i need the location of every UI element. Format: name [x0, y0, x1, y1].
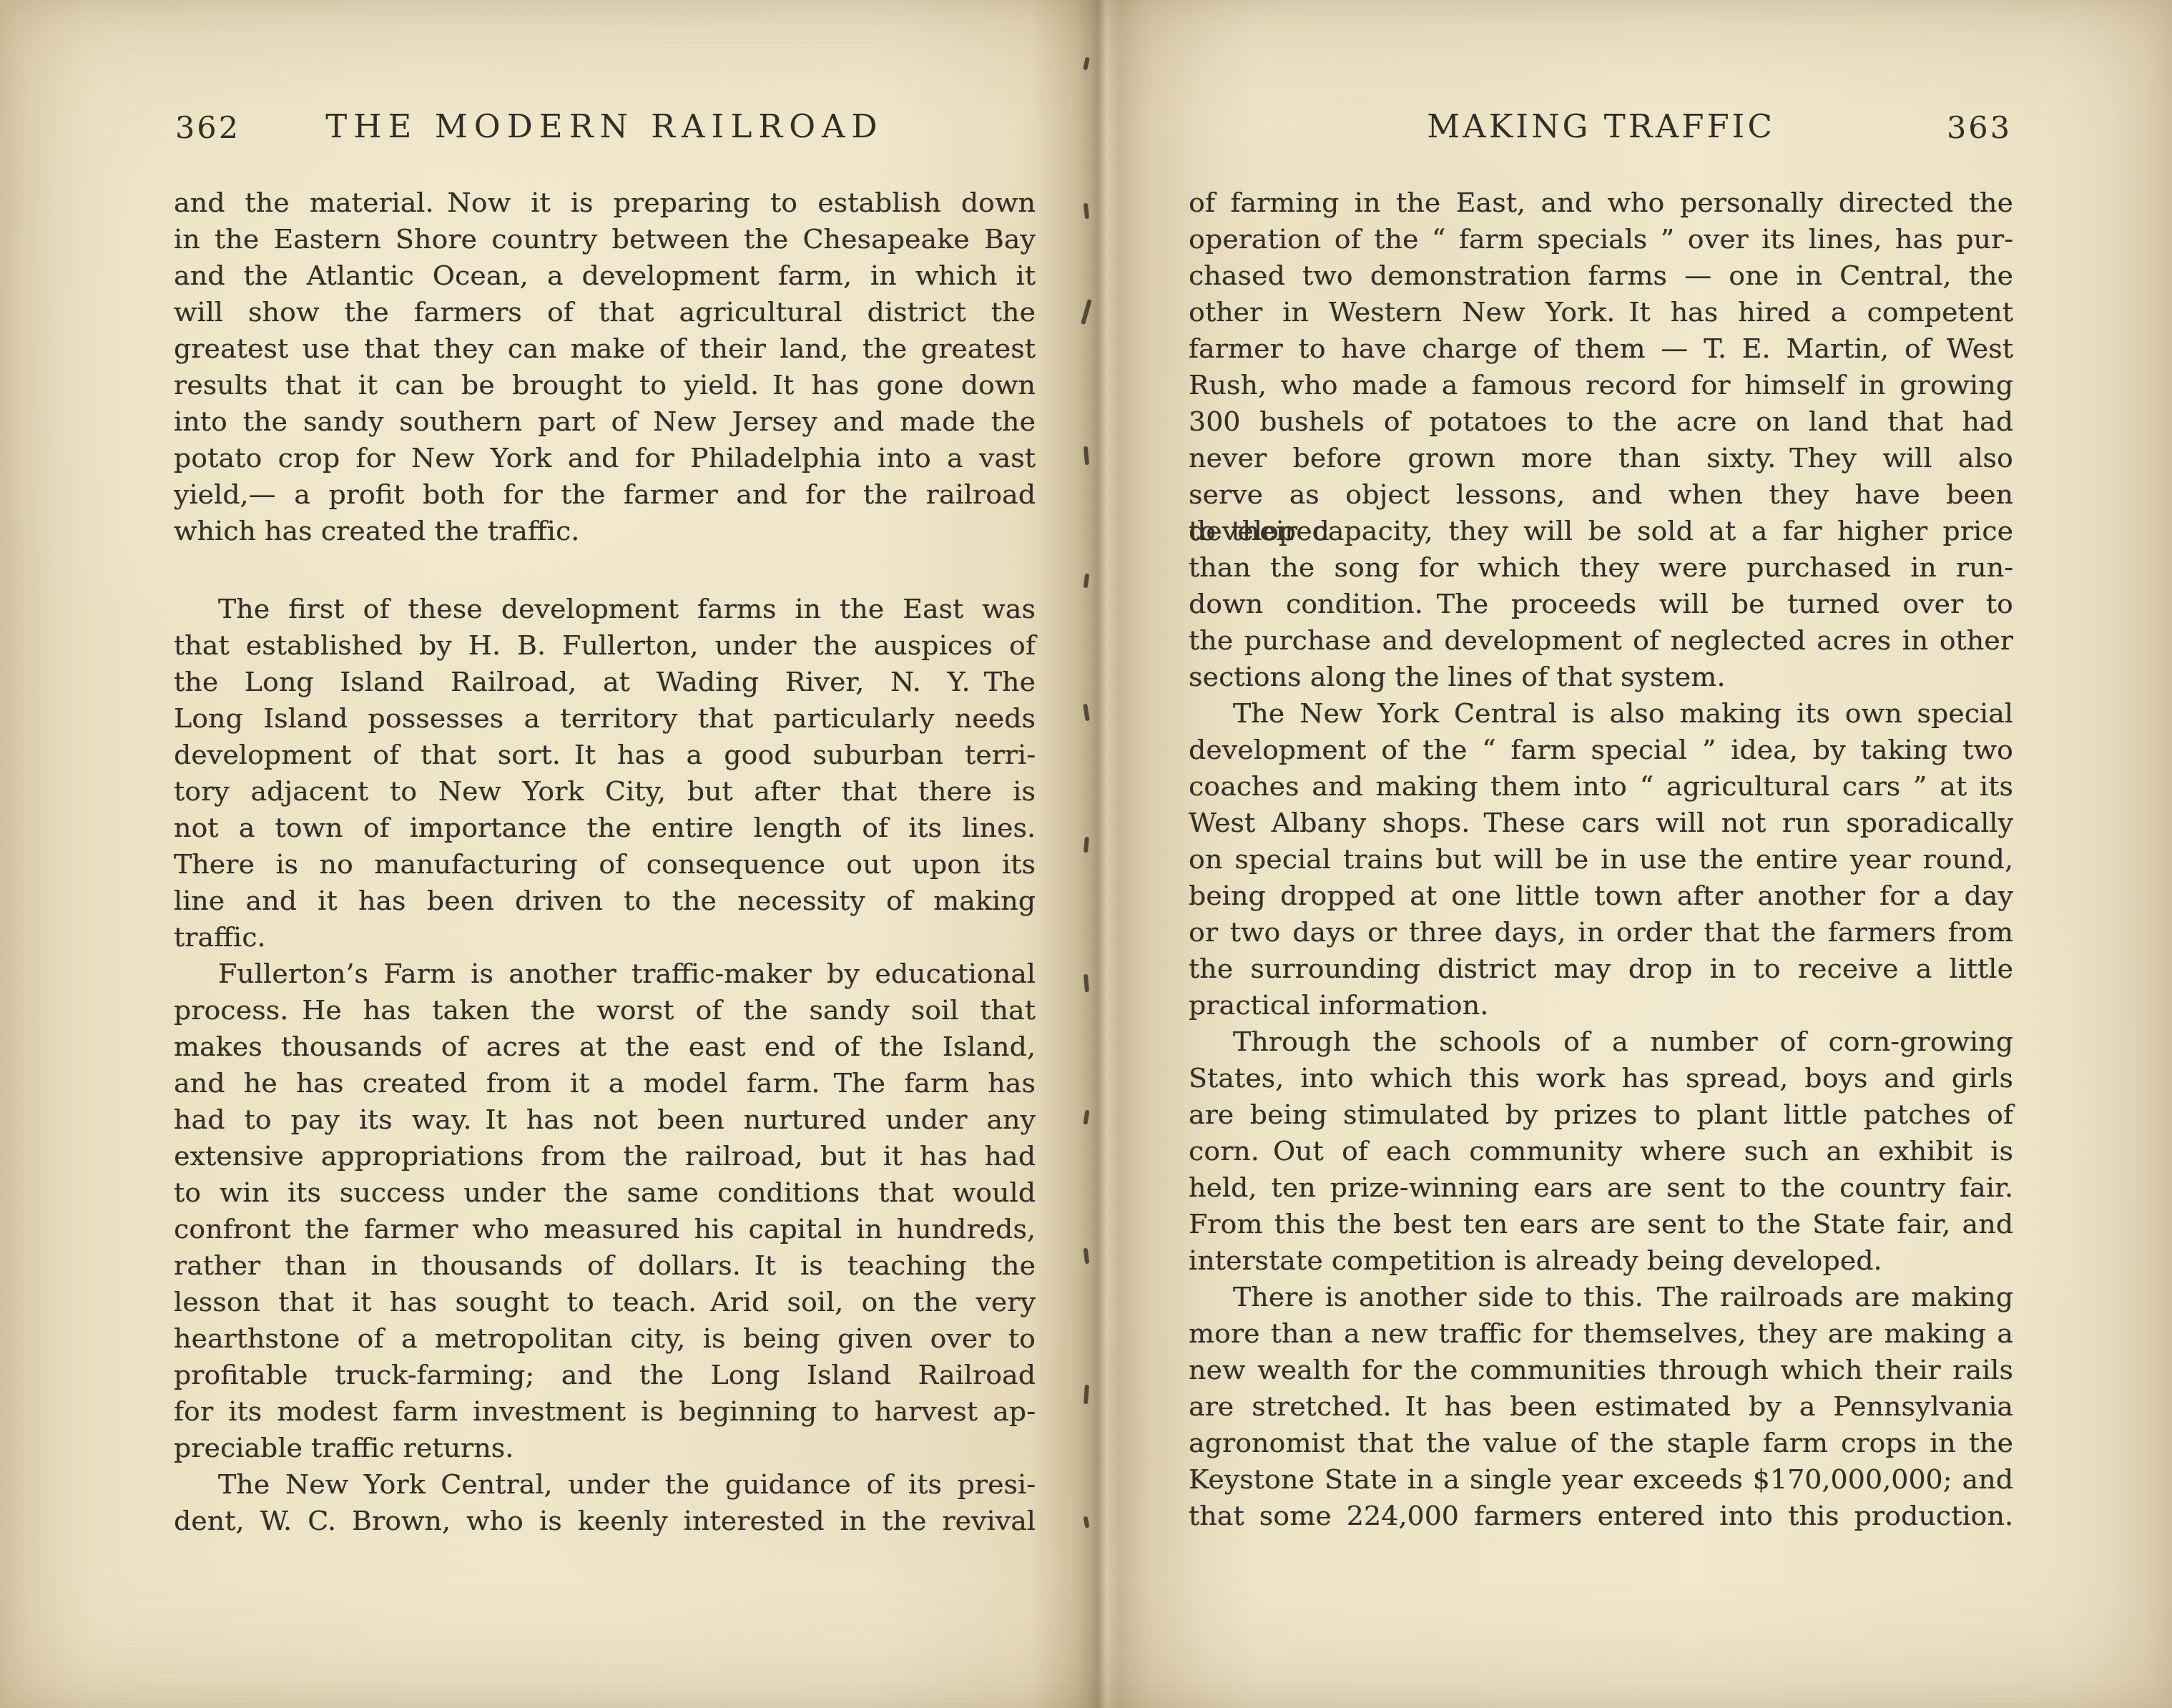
text-line: coaches and making them into “ agricultu… [1189, 768, 2013, 805]
text-line: agronomist that the value of the staple … [1189, 1425, 2013, 1461]
paragraph: Through the schools of a number of corn-… [1189, 1024, 2013, 1279]
text-line: traffic. [174, 919, 1036, 956]
text-line: being dropped at one little town after a… [1189, 878, 2013, 914]
page-body: of farming in the East, and who personal… [1189, 185, 2013, 1534]
text-line: line and it has been driven to the neces… [174, 883, 1036, 919]
text-line: serve as object lessons, and when they h… [1189, 476, 2013, 513]
paragraph: There is another side to this. The railr… [1189, 1279, 2013, 1534]
text-line: to win its success under the same condit… [174, 1174, 1036, 1211]
text-line: Fullerton’s Farm is another traffic-make… [174, 956, 1036, 992]
text-line: the surrounding district may drop in to … [1189, 951, 2013, 987]
running-title: THE MODERN RAILROAD [174, 106, 1036, 147]
text-line: profitable truck-farming; and the Long I… [174, 1357, 1036, 1393]
left-page-header: 362 THE MODERN RAILROAD [174, 106, 1036, 150]
text-line: down condition. The proceeds will be tur… [1189, 586, 2013, 622]
text-line: for its modest farm investment is beginn… [174, 1393, 1036, 1430]
text-line: rather than in thousands of dollars. It … [174, 1247, 1036, 1284]
text-line: The first of these development farms in … [174, 591, 1036, 627]
page-body: and the material. Now it is preparing to… [174, 185, 1036, 1539]
paragraph: The New York Central, under the guidance… [174, 1466, 1036, 1539]
text-line: potato crop for New York and for Philade… [174, 440, 1036, 476]
text-line: Long Island possesses a territory that p… [174, 700, 1036, 737]
text-line: The New York Central is also making its … [1189, 695, 2013, 732]
text-line: Rush, who made a famous record for himse… [1189, 367, 2013, 403]
text-line: the Long Island Railroad, at Wading Rive… [174, 664, 1036, 700]
text-line: makes thousands of acres at the east end… [174, 1029, 1036, 1065]
text-line: From this the best ten ears are sent to … [1189, 1206, 2013, 1242]
book-gutter [1023, 0, 1209, 1708]
paragraph: of farming in the East, and who personal… [1189, 185, 2013, 695]
text-line: sections along the lines of that system. [1189, 659, 2013, 695]
text-line: West Albany shops. These cars will not r… [1189, 805, 2013, 841]
text-line: the purchase and development of neglecte… [1189, 622, 2013, 659]
text-line: dent, W. C. Brown, who is keenly interes… [174, 1503, 1036, 1539]
left-page: 362 THE MODERN RAILROAD and the material… [174, 106, 1036, 1539]
text-line: had to pay its way. It has not been nurt… [174, 1101, 1036, 1138]
text-line: of farming in the East, and who personal… [1189, 185, 2013, 221]
text-line: never before grown more than sixty. They… [1189, 440, 2013, 476]
paragraph: Fullerton’s Farm is another traffic-make… [174, 956, 1036, 1466]
text-line: confront the farmer who measured his cap… [174, 1211, 1036, 1247]
text-line: practical information. [1189, 987, 2013, 1024]
text-line: development of the “ farm special ” idea… [1189, 732, 2013, 768]
text-line: and the material. Now it is preparing to… [174, 185, 1036, 221]
text-line: other in Western New York. It has hired … [1189, 294, 2013, 330]
text-line: into the sandy southern part of New Jers… [174, 403, 1036, 440]
text-line: Through the schools of a number of corn-… [1189, 1024, 2013, 1060]
text-line: and the Atlantic Ocean, a development fa… [174, 257, 1036, 294]
text-line: chased two demonstration farms — one in … [1189, 257, 2013, 294]
text-line: corn. Out of each community where such a… [1189, 1133, 2013, 1169]
text-line: There is another side to this. The railr… [1189, 1279, 2013, 1315]
page-number: 362 [175, 110, 240, 146]
text-line: are stretched. It has been estimated by … [1189, 1388, 2013, 1425]
text-line: States, into which this work has spread,… [1189, 1060, 2013, 1096]
right-page: MAKING TRAFFIC 363 of farming in the Eas… [1189, 106, 2013, 1534]
text-line: will show the farmers of that agricultur… [174, 294, 1036, 330]
book-scan: { "scan": { "paper_color": "#efe5c9", "i… [0, 0, 2172, 1708]
text-line: that some 224,000 farmers entered into t… [1189, 1498, 2013, 1534]
text-line: preciable traffic returns. [174, 1430, 1036, 1466]
text-line: extensive appropriations from the railro… [174, 1138, 1036, 1174]
text-line: greatest use that they can make of their… [174, 330, 1036, 367]
running-title: MAKING TRAFFIC [1189, 106, 2013, 147]
text-line: are being stimulated by prizes to plant … [1189, 1096, 2013, 1133]
text-line: interstate competition is already being … [1189, 1242, 2013, 1279]
text-line: and he has created from it a model farm.… [174, 1065, 1036, 1101]
text-line: to their capacity, they will be sold at … [1189, 513, 2013, 549]
text-line: development of that sort. It has a good … [174, 737, 1036, 773]
text-line: not a town of importance the entire leng… [174, 810, 1036, 846]
text-line: or two days or three days, in order that… [1189, 914, 2013, 951]
text-line: on special trains but will be in use the… [1189, 841, 2013, 878]
text-line: results that it can be brought to yield.… [174, 367, 1036, 403]
text-line: in the Eastern Shore country between the… [174, 221, 1036, 257]
text-line: tory adjacent to New York City, but afte… [174, 773, 1036, 810]
text-line: new wealth for the communities through w… [1189, 1352, 2013, 1388]
text-line: which has created the traffic. [174, 513, 1036, 549]
text-line: farmer to have charge of them — T. E. Ma… [1189, 330, 2013, 367]
text-line: more than a new traffic for themselves, … [1189, 1315, 2013, 1352]
text-line: that established by H. B. Fullerton, und… [174, 627, 1036, 664]
right-page-header: MAKING TRAFFIC 363 [1189, 106, 2013, 150]
paragraph: The first of these development farms in … [174, 591, 1036, 956]
text-line: Keystone State in a single year exceeds … [1189, 1461, 2013, 1498]
text-line: than the song for which they were purcha… [1189, 549, 2013, 586]
text-line: 300 bushels of potatoes to the acre on l… [1189, 403, 2013, 440]
text-line: hearthstone of a metropolitan city, is b… [174, 1320, 1036, 1357]
text-line: yield,— a profit both for the farmer and… [174, 476, 1036, 513]
page-number: 363 [1947, 110, 2012, 146]
text-line: lesson that it has sought to teach. Arid… [174, 1284, 1036, 1320]
text-line: process. He has taken the worst of the s… [174, 992, 1036, 1029]
text-line: The New York Central, under the guidance… [174, 1466, 1036, 1503]
paragraph: and the material. Now it is preparing to… [174, 185, 1036, 549]
paragraph: The New York Central is also making its … [1189, 695, 2013, 1024]
text-line: held, ten prize-winning ears are sent to… [1189, 1169, 2013, 1206]
text-line: There is no manufacturing of consequence… [174, 846, 1036, 883]
text-line: operation of the “ farm specials ” over … [1189, 221, 2013, 257]
